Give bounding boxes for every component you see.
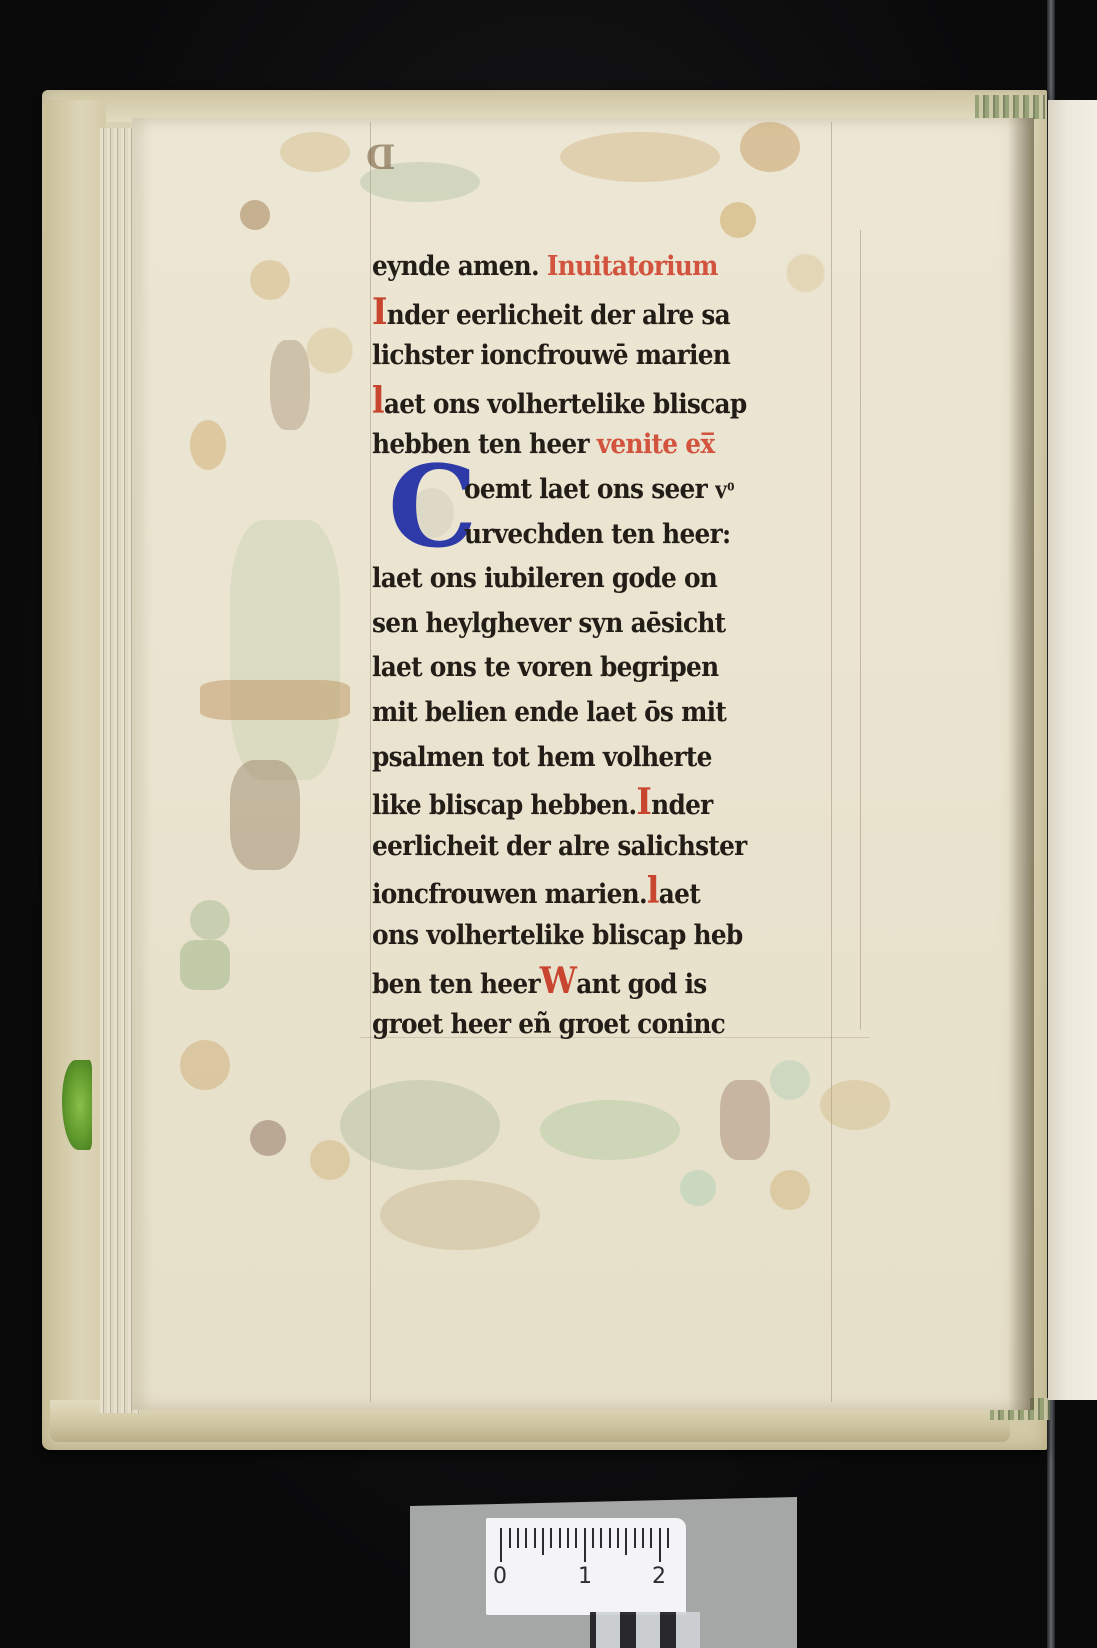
text-line-8: laet ons iubileren gode on bbox=[372, 557, 832, 602]
faded-border-decoration-bottom bbox=[300, 1060, 900, 1280]
line-text: ben ten heer bbox=[372, 969, 540, 1000]
text-line-10: laet ons te voren begripen bbox=[372, 646, 832, 691]
ruler-tick bbox=[550, 1528, 552, 1548]
ruler-tick-major bbox=[584, 1528, 586, 1562]
binding-left-fold bbox=[44, 100, 106, 1420]
text-line-7: urvechden ten heer: bbox=[372, 513, 832, 558]
line-text: laet ons iubileren gode on bbox=[372, 563, 717, 594]
rubric-venite: venite ex̅ bbox=[597, 429, 715, 460]
ruler-label-0: 0 bbox=[493, 1564, 507, 1589]
text-line-3: lichster ioncfrouwē marien bbox=[372, 334, 832, 379]
line-text: nder eerlicheit der alre sa bbox=[387, 300, 730, 331]
line-text: ant god is bbox=[576, 969, 706, 1000]
line-text: psalmen tot hem volherte bbox=[372, 742, 712, 773]
ruler-tick-major bbox=[659, 1528, 661, 1562]
text-line-1: eynde amen. Inuitatorium bbox=[372, 245, 832, 290]
line-text: groet heer eñ groet coninc bbox=[372, 1009, 725, 1040]
text-line-9: sen heylghever syn aēsicht bbox=[372, 602, 832, 647]
ruler-tick-half bbox=[542, 1528, 544, 1555]
ruler-tick bbox=[525, 1528, 527, 1548]
ruler-tick bbox=[634, 1528, 636, 1548]
rubric-invitatorium: Inuitatorium bbox=[547, 251, 718, 282]
text-line-5: hebben ten heer venite ex̅ bbox=[372, 423, 832, 468]
ruler-tick bbox=[600, 1528, 602, 1548]
line-text: ioncfrouwen marien. bbox=[372, 879, 647, 910]
ruler-label-1: 1 bbox=[578, 1564, 592, 1589]
text-line-11: mit belien ende laet ōs mit bbox=[372, 691, 832, 736]
line-text: eerlicheit der alre salichster bbox=[372, 831, 747, 862]
ruler-tick bbox=[650, 1528, 652, 1548]
line-text: like bliscap hebben. bbox=[372, 790, 636, 821]
text-column: eynde amen. Inuitatorium Inder eerlichei… bbox=[372, 245, 872, 1048]
scale-ruler: 0 1 2 bbox=[486, 1518, 686, 1615]
ruler-tick bbox=[609, 1528, 611, 1548]
red-initial: l bbox=[372, 380, 384, 422]
ruler-tick bbox=[517, 1528, 519, 1548]
red-initial-w: W bbox=[540, 960, 576, 1002]
red-initial: l bbox=[647, 870, 659, 912]
text-line-4: laet ons volhertelike bliscap bbox=[372, 379, 832, 424]
red-initial: I bbox=[372, 291, 387, 333]
faded-border-decoration-top bbox=[260, 122, 880, 242]
ruler-label-2: 2 bbox=[652, 1564, 666, 1589]
ruler-tick-half bbox=[625, 1528, 627, 1555]
text-line-12: psalmen tot hem volherte bbox=[372, 736, 832, 781]
red-initial: I bbox=[636, 781, 651, 823]
metal-clips bbox=[590, 1612, 700, 1648]
ruler-tick-major bbox=[500, 1528, 502, 1562]
line-text: laet ons te voren begripen bbox=[372, 652, 718, 683]
text-line-6: oemt laet ons seer vͦ bbox=[372, 468, 832, 513]
gutter-shadow bbox=[1008, 118, 1034, 1410]
ruler-tick bbox=[575, 1528, 577, 1548]
ruler-tick bbox=[592, 1528, 594, 1548]
ruler-tick bbox=[509, 1528, 511, 1548]
line-text: aet ons volhertelike bliscap bbox=[384, 389, 747, 420]
green-bookmark-tab bbox=[62, 1060, 92, 1150]
line-text: hebben ten heer bbox=[372, 429, 589, 460]
headband bbox=[975, 95, 1045, 119]
ruler-tick bbox=[617, 1528, 619, 1548]
text-line-2: Inder eerlicheit der alre sa bbox=[372, 290, 832, 335]
ruler-tick bbox=[667, 1528, 669, 1548]
line-text: oemt laet ons seer vͦ bbox=[464, 474, 734, 505]
line-text: nder bbox=[651, 790, 712, 821]
text-line-17: ben ten heerWant god is bbox=[372, 959, 832, 1004]
line-text: lichster ioncfrouwē marien bbox=[372, 340, 730, 371]
ruler-tick bbox=[567, 1528, 569, 1548]
facing-page bbox=[1048, 100, 1097, 1400]
text-line-13: like bliscap hebben.Inder bbox=[372, 780, 832, 825]
line-text: aet bbox=[659, 879, 700, 910]
ruler-tick bbox=[534, 1528, 536, 1548]
text-line-14: eerlicheit der alre salichster bbox=[372, 825, 832, 870]
ruler-tick bbox=[559, 1528, 561, 1548]
text-line-16: ons volhertelike bliscap heb bbox=[372, 914, 832, 959]
offset-impression-letter: D bbox=[368, 138, 395, 178]
line-text: eynde amen. bbox=[372, 251, 539, 282]
line-text: sen heylghever syn aēsicht bbox=[372, 608, 725, 639]
text-line-18: groet heer eñ groet coninc bbox=[372, 1003, 832, 1048]
line-text: ons volhertelike bliscap heb bbox=[372, 920, 743, 951]
line-text: urvechden ten heer: bbox=[464, 519, 730, 550]
line-text: mit belien ende laet ōs mit bbox=[372, 697, 726, 728]
ruler-tick bbox=[642, 1528, 644, 1548]
text-line-15: ioncfrouwen marien.laet bbox=[372, 869, 832, 914]
